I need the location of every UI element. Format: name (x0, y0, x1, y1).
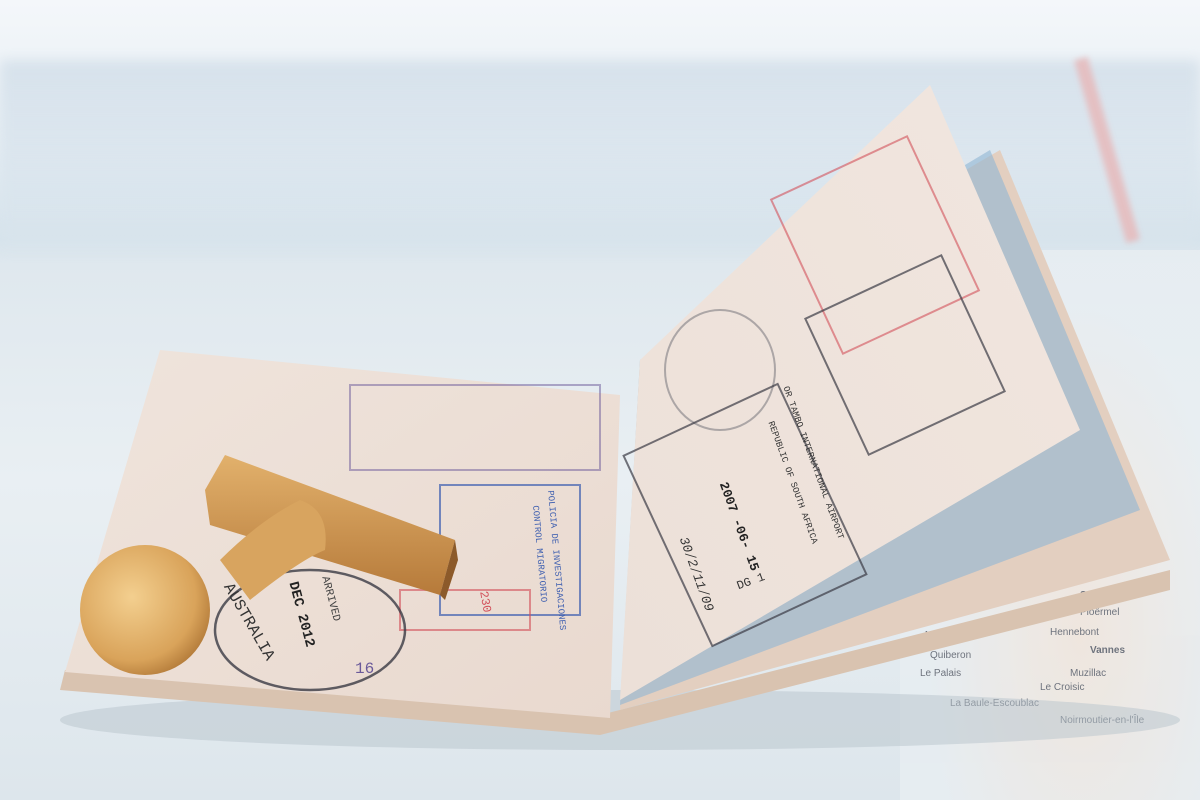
passport-photo: Quimper Lorient Vannes Hennebont Ploërme… (0, 0, 1200, 800)
page-number: 16 (355, 660, 374, 678)
passport-illustration (0, 0, 1200, 800)
rubber-stamp-knob (80, 545, 210, 675)
